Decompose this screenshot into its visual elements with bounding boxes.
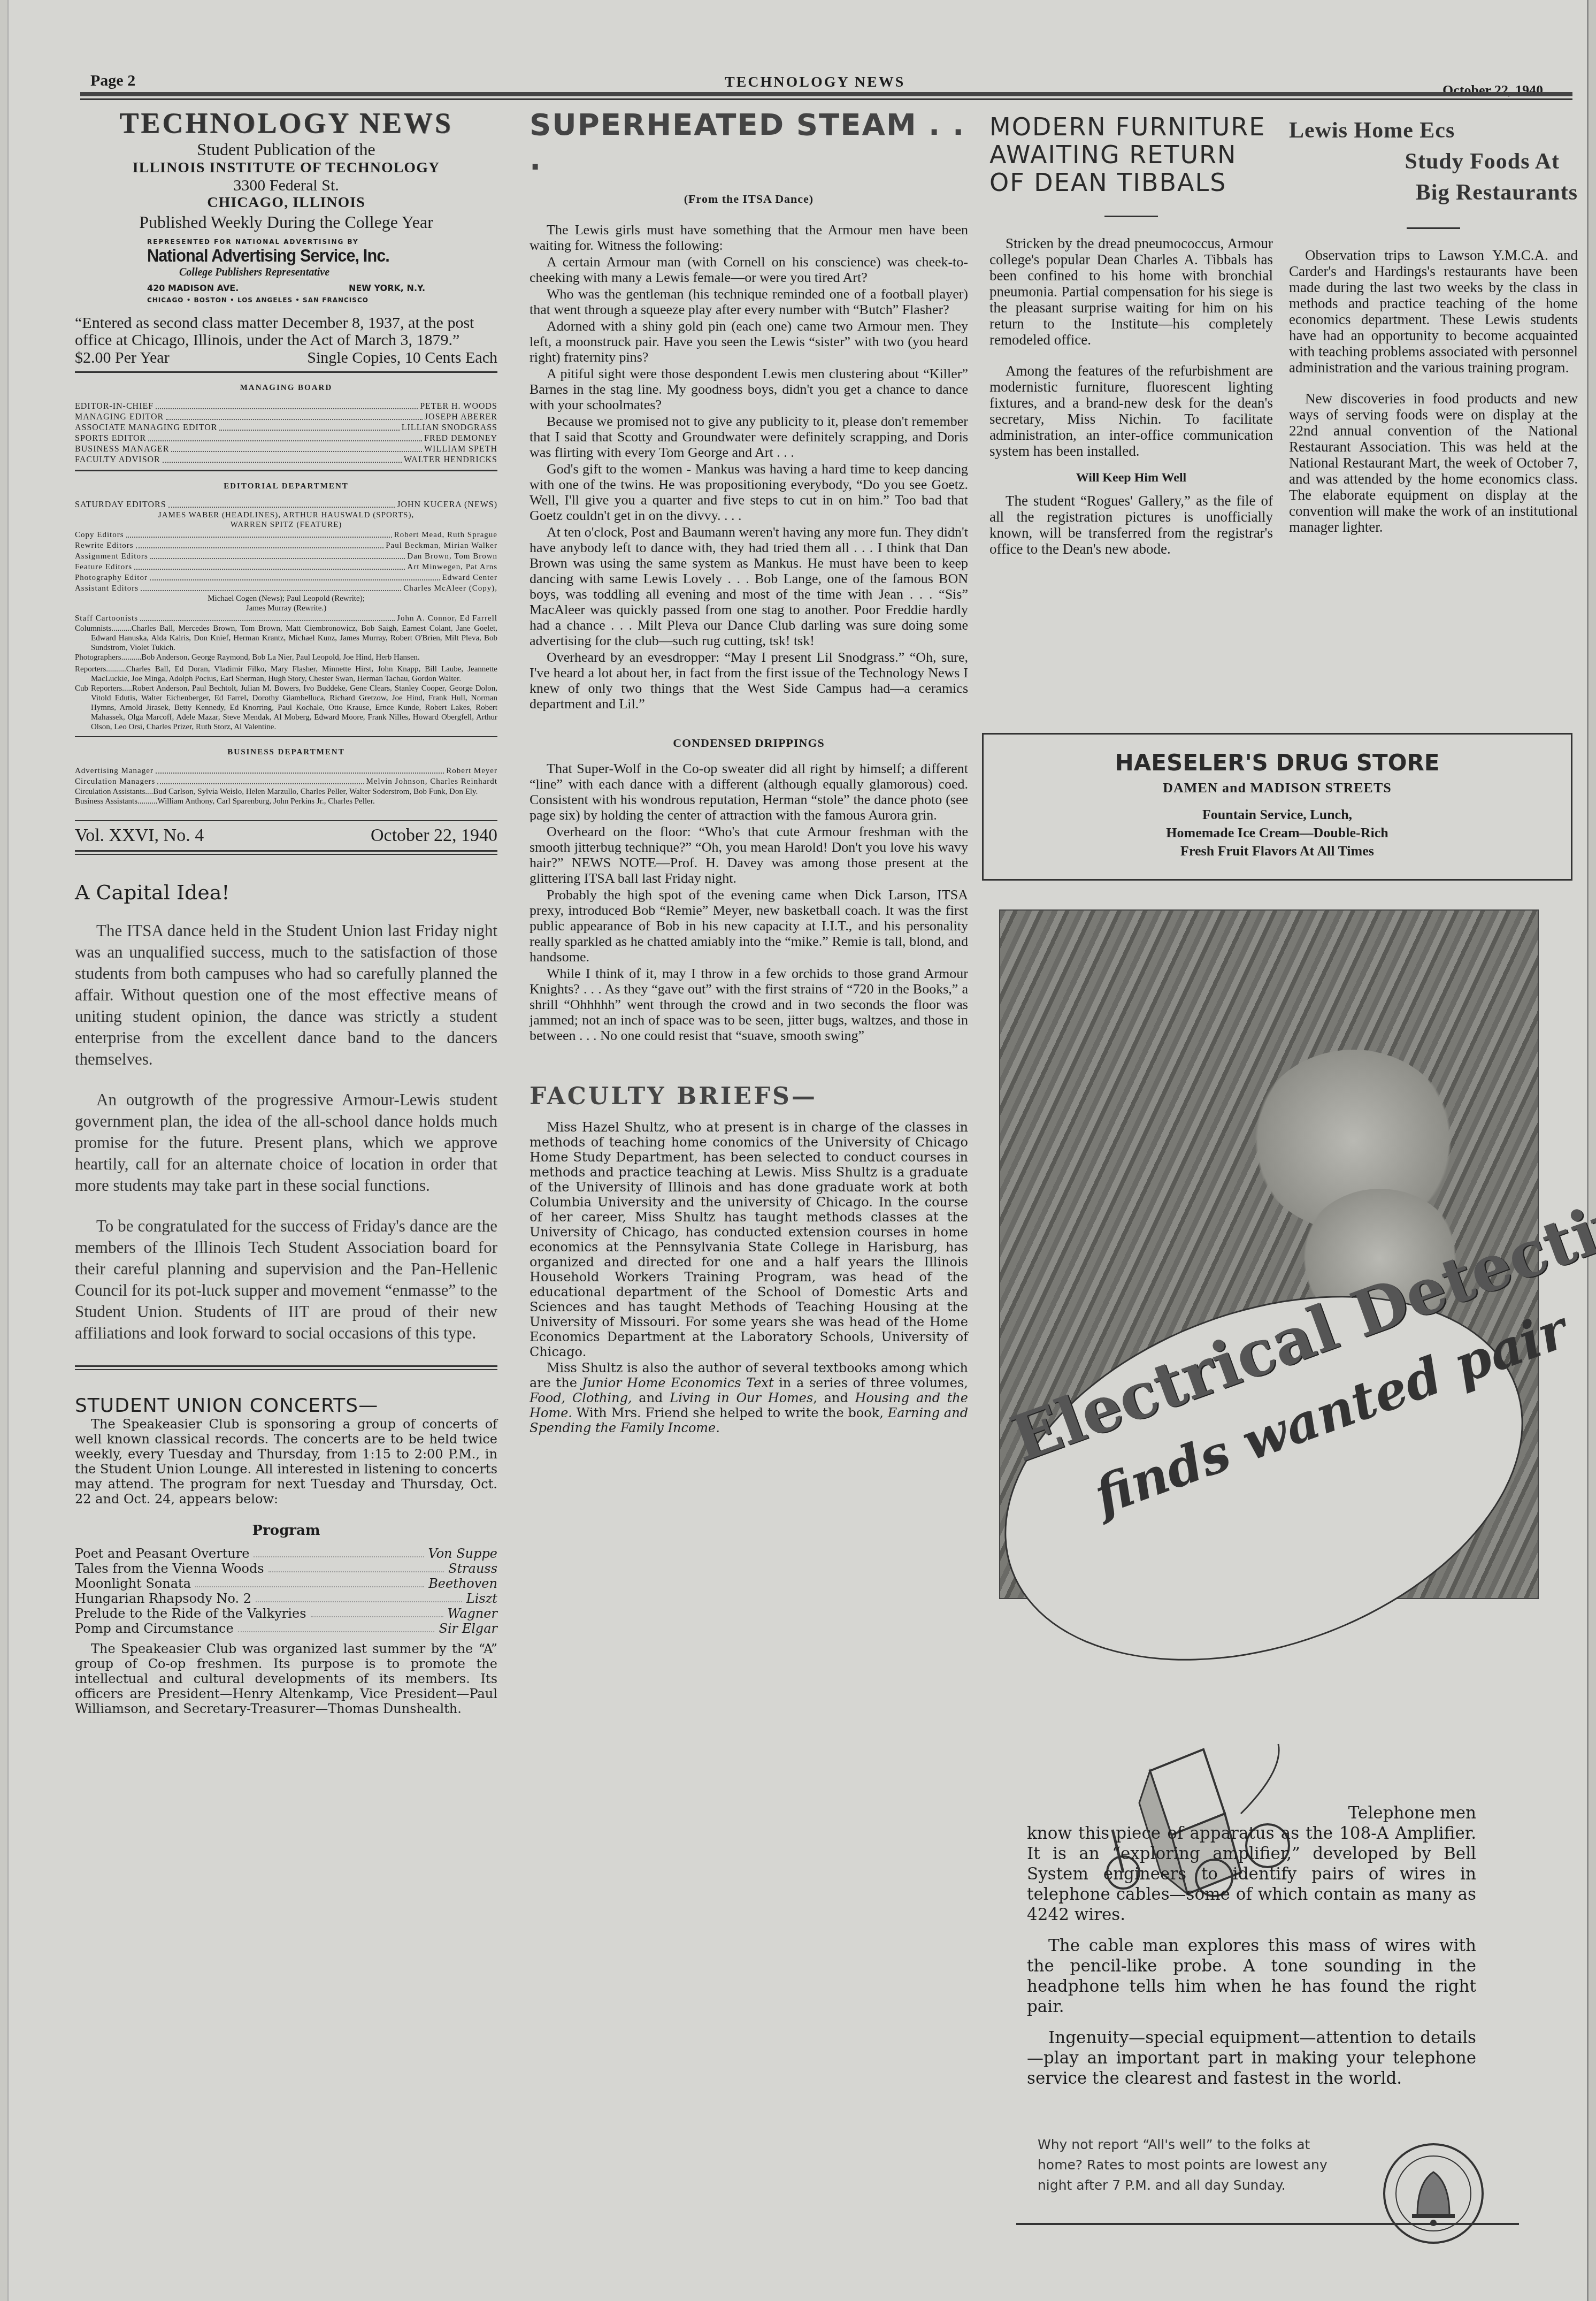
editorial-paragraph: To be congratulated for the success of F… xyxy=(75,1216,497,1344)
article-paragraph: Miss Hazel Shultz, who at present is in … xyxy=(530,1120,968,1359)
concerts-article: STUDENT UNION CONCERTS— The Speakeasier … xyxy=(75,1395,497,1716)
drug-store-name: HAESELER'S DRUG STORE xyxy=(984,750,1571,776)
faculty-briefs: FACULTY BRIEFS— Miss Hazel Shultz, who a… xyxy=(530,1083,968,1435)
article-paragraph: Probably the high spot of the evening ca… xyxy=(530,887,968,965)
bell-system-ad: Electrical Detective finds wanted pair T… xyxy=(995,904,1572,2263)
program-item: Moonlight SonataBeethoven xyxy=(75,1576,497,1591)
article-paragraph: The student “Rogues' Gallery,” as the fi… xyxy=(989,493,1273,557)
article-paragraph: Because we promised not to give any publ… xyxy=(530,414,968,460)
staff-line: Staff CartoonistsJohn A. Connor, Ed Farr… xyxy=(75,613,497,624)
drug-store-line: Homemade Ice Cream—Double-Rich xyxy=(984,824,1571,842)
program-item: Pomp and CircumstanceSir Elgar xyxy=(75,1621,497,1636)
ad-paragraph: The cable man explores this mass of wire… xyxy=(1027,1936,1476,2017)
concerts-closing: The Speakeasier Club was organized last … xyxy=(75,1641,497,1716)
article-paragraph: New discoveries in food products and new… xyxy=(1289,391,1578,535)
program-item: Hungarian Rhapsody No. 2Liszt xyxy=(75,1591,497,1606)
ad-rep-company: National Advertising Service, Inc. xyxy=(147,246,397,266)
masthead-subtitle: Student Publication of the xyxy=(75,140,497,159)
editorial-department-heading: EDITORIAL DEPARTMENT xyxy=(75,482,497,491)
page-number: Page 2 xyxy=(90,72,135,90)
program-item: Prelude to the Ride of the ValkyriesWagn… xyxy=(75,1606,497,1621)
staff-line: Managing EditorJoseph Aberer xyxy=(75,412,497,423)
issue-row: Vol. XXVI, No. 4 October 22, 1940 xyxy=(75,825,497,846)
price-year: $2.00 Per Year xyxy=(75,349,170,367)
assistant-editors-cont: James Murray (Rewrite.) xyxy=(75,603,497,613)
article-paragraph: Observation trips to Lawson Y.M.C.A. and… xyxy=(1289,247,1578,376)
staff-line: Assignment EditorsDan Brown, Tom Brown xyxy=(75,551,497,562)
column-1: TECHNOLOGY NEWS Student Publication of t… xyxy=(75,104,497,1716)
ad-rep-address-row: 420 MADISON AVE. NEW YORK, N.Y. xyxy=(147,283,425,293)
business-assistants-entry: Business Assistants..........William Ant… xyxy=(75,797,497,806)
price-single: Single Copies, 10 Cents Each xyxy=(307,349,497,367)
column-4: Lewis Home Ecs Study Foods At Big Restau… xyxy=(1289,104,1578,535)
divider xyxy=(75,820,497,821)
masthead-name: TECHNOLOGY NEWS xyxy=(75,106,497,140)
article-paragraph: Overheard by an evesdropper: “May I pres… xyxy=(530,649,968,712)
program-item: Tales from the Vienna WoodsStrauss xyxy=(75,1561,497,1576)
divider xyxy=(1407,227,1460,229)
staff-line: Business ManagerWilliam Speth xyxy=(75,444,497,455)
article-paragraph: At ten o'clock, Post and Baumann weren't… xyxy=(530,524,968,648)
staff-line: Faculty AdvisorWalter Hendricks xyxy=(75,455,497,465)
staff-line: SATURDAY EDITORSJOHN KUCERA (NEWS) xyxy=(75,500,497,510)
superheated-title: SUPERHEATED STEAM . . . xyxy=(530,108,968,177)
running-title: TECHNOLOGY NEWS xyxy=(725,74,905,91)
furniture-title: MODERN FURNITURE AWAITING RETURN OF DEAN… xyxy=(989,113,1273,196)
ad-rep-offices: CHICAGO • BOSTON • LOS ANGELES • SAN FRA… xyxy=(147,296,425,304)
editorial-title: A Capital Idea! xyxy=(75,881,497,904)
divider xyxy=(75,736,497,737)
article-paragraph: Among the features of the refurbishment … xyxy=(989,363,1273,459)
assistant-editors-cont: Michael Cogen (News); Paul Leopold (Rewr… xyxy=(75,594,497,603)
article-paragraph: God's gift to the women - Mankus was hav… xyxy=(530,461,968,523)
header-rule-thin xyxy=(80,98,1572,100)
ad-rep-label: REPRESENTED FOR NATIONAL ADVERTISING BY xyxy=(147,238,425,246)
advertising-rep-block: REPRESENTED FOR NATIONAL ADVERTISING BY … xyxy=(147,238,425,304)
faculty-title: FACULTY BRIEFS— xyxy=(530,1083,968,1110)
divider xyxy=(75,850,497,855)
concerts-intro: The Speakeasier Club is sponsoring a gro… xyxy=(75,1417,497,1507)
masthead-institution: ILLINOIS INSTITUTE OF TECHNOLOGY xyxy=(75,159,497,177)
staff-line: Circulation ManagersMelvin Johnson, Char… xyxy=(75,776,497,787)
ad-paragraph: Ingenuity—special equipment—attention to… xyxy=(1027,2028,1476,2089)
columnists-entry: Columnists..........Charles Ball, Merced… xyxy=(75,624,497,653)
issue-date: October 22, 1940 xyxy=(371,825,497,846)
reporters-entry: Reporters..........Charles Ball, Ed Dora… xyxy=(75,664,497,684)
staff-line: Rewrite EditorsPaul Beckman, Mirian Walk… xyxy=(75,540,497,551)
condensed-title: CONDENSED DRIPPINGS xyxy=(530,736,968,750)
article-paragraph: Overheard on the floor: “Who's that cute… xyxy=(530,824,968,886)
masthead-frequency: Published Weekly During the College Year xyxy=(75,211,497,233)
page-edge-left xyxy=(0,0,9,2301)
column-3: MODERN FURNITURE AWAITING RETURN OF DEAN… xyxy=(989,104,1273,558)
ad-rep-tagline: College Publishers Representative xyxy=(147,266,425,279)
divider xyxy=(75,1365,497,1370)
article-paragraph: A certain Armour man (with Cornell on hi… xyxy=(530,254,968,285)
ad-lead: Telephone men xyxy=(1027,1803,1476,1823)
ad-rep-address: 420 MADISON AVE. xyxy=(147,283,239,293)
staff-line: Advertising ManagerRobert Meyer xyxy=(75,766,497,776)
staff-line: Assistant EditorsCharles McAleer (Copy), xyxy=(75,583,497,594)
price-row: $2.00 Per Year Single Copies, 10 Cents E… xyxy=(75,349,497,367)
cub-reporters-entry: Cub Reporters.....Robert Anderson, Paul … xyxy=(75,684,497,732)
ad-footer-text: Why not report “All's well” to the folks… xyxy=(1038,2135,1359,2196)
masthead-city: CHICAGO, ILLINOIS xyxy=(75,194,497,211)
ad-body: Telephone men know this piece of apparat… xyxy=(1027,1803,1476,2099)
staff-line: Associate Managing EditorLillian Snodgra… xyxy=(75,423,497,433)
saturday-editors-cont: WARREN SPITZ (FEATURE) xyxy=(75,520,497,530)
staff-line: Photography EditorEdward Center xyxy=(75,572,497,583)
drug-store-line: Fountain Service, Lunch, xyxy=(984,806,1571,824)
ad-rep-city: NEW YORK, N.Y. xyxy=(349,283,425,293)
entered-notice: “Entered as second class matter December… xyxy=(75,315,497,349)
circulation-assistants-entry: Circulation Assistants....Bud Carlson, S… xyxy=(75,787,497,797)
divider xyxy=(1104,216,1158,217)
bell-system-seal-icon xyxy=(1380,2140,1487,2247)
article-paragraph: Miss Shultz is also the author of severa… xyxy=(530,1360,968,1435)
ad-paragraph: Telephone men know this piece of apparat… xyxy=(1027,1803,1476,1925)
header-rule xyxy=(80,92,1572,96)
managing-board-list: Editor-in-ChiefPeter H. Woods Managing E… xyxy=(75,401,497,465)
superheated-subtitle: (From the ITSA Dance) xyxy=(530,192,968,206)
editorial-article: A Capital Idea! The ITSA dance held in t… xyxy=(75,881,497,1344)
divider xyxy=(75,371,497,373)
ad-bottom-rule xyxy=(1016,2223,1519,2225)
masthead: TECHNOLOGY NEWS Student Publication of t… xyxy=(75,106,497,304)
staff-line: Editor-in-ChiefPeter H. Woods xyxy=(75,401,497,412)
article-paragraph: While I think of it, may I throw in a fe… xyxy=(530,966,968,1043)
page-edge-right xyxy=(1587,0,1596,2301)
article-paragraph: The Lewis girls must have something that… xyxy=(530,222,968,253)
divider xyxy=(75,470,497,471)
furniture-subhead: Will Keep Him Well xyxy=(989,471,1273,485)
drug-store-ad: HAESELER'S DRUG STORE DAMEN and MADISON … xyxy=(982,733,1572,881)
drug-store-line: Fresh Fruit Flavors At All Times xyxy=(984,842,1571,860)
lewis-title: Lewis Home Ecs Study Foods At Big Restau… xyxy=(1289,115,1578,208)
drug-store-streets: DAMEN and MADISON STREETS xyxy=(984,780,1571,796)
article-paragraph: Stricken by the dread pneumococcus, Armo… xyxy=(989,235,1273,348)
program-item: Poet and Peasant OvertureVon Suppe xyxy=(75,1546,497,1561)
managing-board-heading: MANAGING BOARD xyxy=(75,384,497,393)
staff-line: Feature EditorsArt Minwegen, Pat Arns xyxy=(75,562,497,572)
article-paragraph: Who was the gentleman (his technique rem… xyxy=(530,286,968,317)
masthead-address: 3300 Federal St. xyxy=(75,177,497,194)
concerts-title: STUDENT UNION CONCERTS— xyxy=(75,1395,497,1417)
staff-line: Sports EditorFred DeMoney xyxy=(75,433,497,444)
program-heading: Program xyxy=(75,1523,497,1539)
business-department-heading: BUSINESS DEPARTMENT xyxy=(75,748,497,757)
page-header: Page 2 TECHNOLOGY NEWS October 22, 1940 xyxy=(83,68,1559,95)
staff-line: Copy EditorsRobert Mead, Ruth Sprague xyxy=(75,530,497,540)
article-paragraph: That Super-Wolf in the Co-op sweater did… xyxy=(530,761,968,823)
issue-volume: Vol. XXVI, No. 4 xyxy=(75,825,204,846)
photographers-entry: Photographers..........Bob Anderson, Geo… xyxy=(75,653,497,662)
editorial-paragraph: The ITSA dance held in the Student Union… xyxy=(75,920,497,1070)
article-paragraph: Adorned with a shiny gold pin (each one)… xyxy=(530,318,968,365)
saturday-editors-cont: JAMES WABER (HEADLINES), ARTHUR HAUSWALD… xyxy=(75,510,497,520)
column-2: SUPERHEATED STEAM . . . (From the ITSA D… xyxy=(530,104,968,1435)
article-paragraph: A pitiful sight were those despondent Le… xyxy=(530,366,968,412)
editorial-paragraph: An outgrowth of the progressive Armour-L… xyxy=(75,1089,497,1196)
